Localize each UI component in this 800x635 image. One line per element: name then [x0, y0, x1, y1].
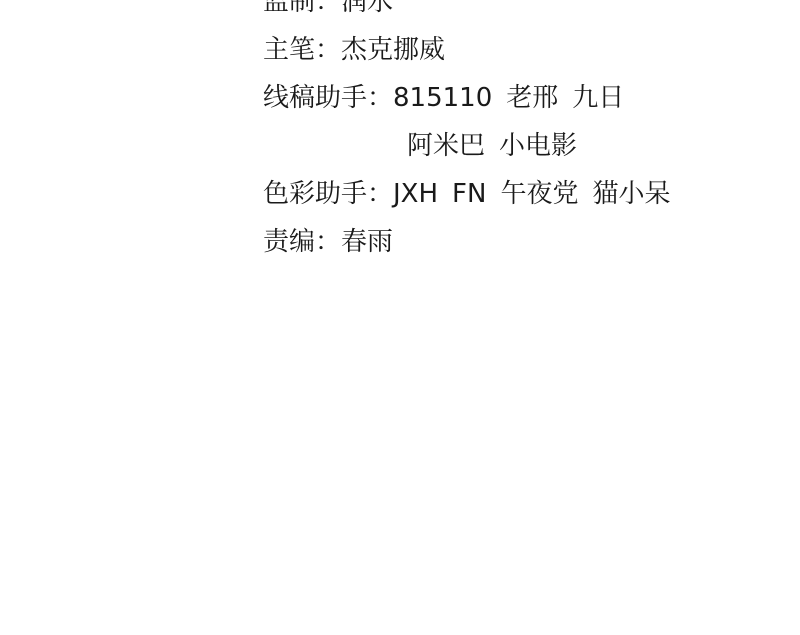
credit-name: 润水 — [341, 0, 393, 17]
credit-name: 春雨 — [341, 227, 393, 257]
credit-name: 815110 — [393, 83, 492, 113]
credit-names: 杰克挪威 — [341, 26, 445, 74]
credit-names: JXHFN午夜党猫小呆 — [393, 170, 670, 218]
credits-list: 监制：润水 主笔：杰克挪威 线稿助手：815110老邢九日 阿米巴小电影 色彩助… — [263, 0, 670, 266]
credit-line-lineart-assistants: 线稿助手：815110老邢九日 — [263, 74, 670, 122]
credit-name: FN — [452, 179, 486, 209]
credit-line-lead-artist: 主笔：杰克挪威 — [263, 26, 670, 74]
credit-names: 润水 — [341, 0, 393, 26]
credit-name: 猫小呆 — [592, 179, 670, 209]
credit-role: 主笔： — [263, 26, 341, 74]
credit-names: 阿米巴小电影 — [407, 122, 577, 170]
credit-role: 责编： — [263, 218, 341, 266]
credit-line-lineart-assistants-continued: 阿米巴小电影 — [263, 122, 670, 170]
credit-name: 老邢 — [506, 83, 558, 113]
credit-name: 午夜党 — [500, 179, 578, 209]
credit-name: 杰克挪威 — [341, 35, 445, 65]
credit-name: 阿米巴 — [407, 131, 485, 161]
credit-line-editor: 责编：春雨 — [263, 218, 670, 266]
credit-role: 线稿助手： — [263, 74, 393, 122]
credit-name: 九日 — [572, 83, 624, 113]
credit-names: 春雨 — [341, 218, 393, 266]
credit-name: 小电影 — [499, 131, 577, 161]
credit-role: 监制： — [263, 0, 341, 26]
credit-names: 815110老邢九日 — [393, 74, 624, 122]
credit-name: JXH — [393, 179, 438, 209]
credit-role: 色彩助手： — [263, 170, 393, 218]
credit-line-color-assistants: 色彩助手：JXHFN午夜党猫小呆 — [263, 170, 670, 218]
credit-line-supervisor: 监制：润水 — [263, 0, 670, 26]
